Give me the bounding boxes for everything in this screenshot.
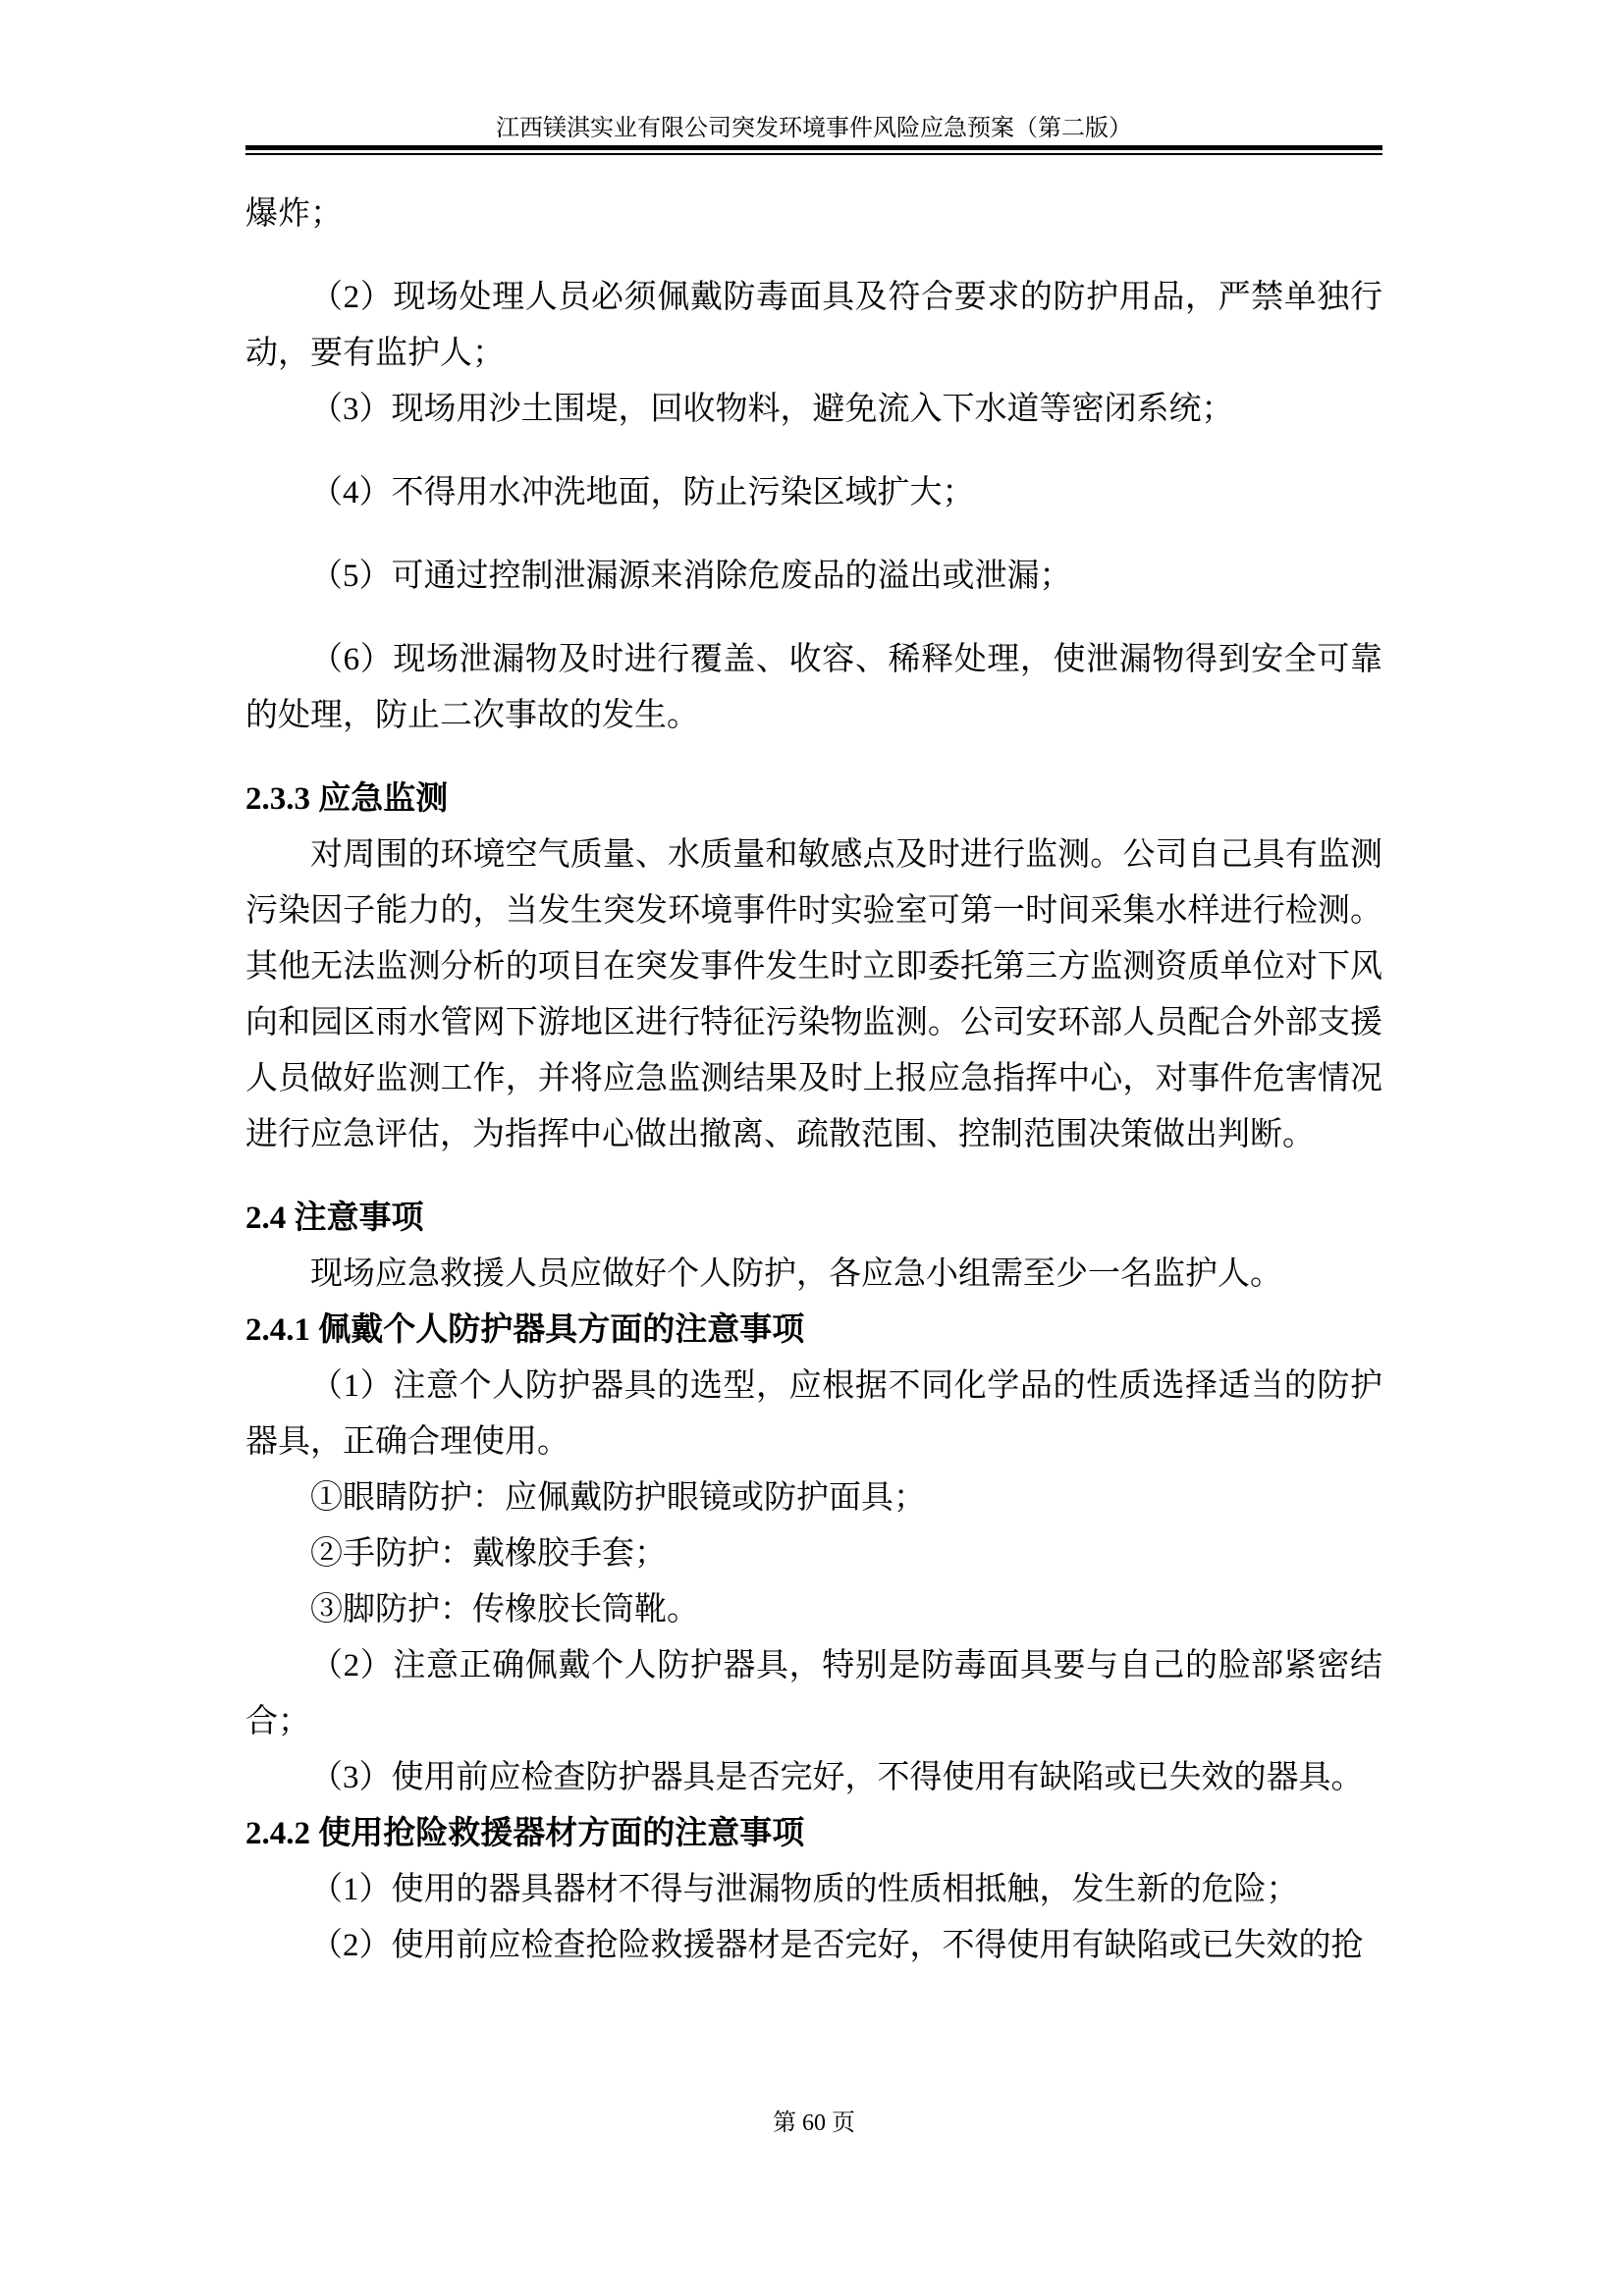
document-page: 江西镁淇实业有限公司突发环境事件风险应急预案（第二版） 爆炸； （2）现场处理人…: [0, 0, 1624, 2296]
page-number: 第 60 页: [245, 2109, 1382, 2138]
paragraph: （3）使用前应检查防护器具是否完好，不得使用有缺陷或已失效的器具。: [245, 1750, 1382, 1806]
paragraph: 现场应急救援人员应做好个人防护，各应急小组需至少一名监护人。: [245, 1247, 1382, 1303]
paragraph: （2）现场处理人员必须佩戴防毒面具及符合要求的防护用品，严禁单独行动，要有监护人…: [245, 270, 1382, 382]
paragraph: （5）可通过控制泄漏源来消除危废品的溢出或泄漏；: [245, 549, 1382, 605]
paragraph: （1）使用的器具器材不得与泄漏物质的性质相抵触，发生新的危险；: [245, 1862, 1382, 1918]
paragraph: （2）使用前应检查抢险救援器材是否完好，不得使用有缺陷或已失效的抢: [245, 1918, 1382, 1974]
section-heading: 2.4 注意事项: [245, 1191, 1382, 1247]
header-rule-thin: [245, 153, 1382, 155]
paragraph: 爆炸；: [245, 187, 1382, 242]
section-heading: 2.3.3 应急监测: [245, 772, 1382, 828]
paragraph: （2）注意正确佩戴个人防护器具，特别是防毒面具要与自己的脸部紧密结合；: [245, 1638, 1382, 1750]
section-heading: 2.4.2 使用抢险救援器材方面的注意事项: [245, 1806, 1382, 1862]
document-body: 爆炸； （2）现场处理人员必须佩戴防毒面具及符合要求的防护用品，严禁单独行动，要…: [245, 187, 1382, 1974]
paragraph: ②手防护：戴橡胶手套；: [245, 1526, 1382, 1582]
section-heading: 2.4.1 佩戴个人防护器具方面的注意事项: [245, 1303, 1382, 1359]
paragraph: （6）现场泄漏物及时进行覆盖、收容、稀释处理，使泄漏物得到安全可靠的处理，防止二…: [245, 632, 1382, 744]
paragraph: 对周围的环境空气质量、水质量和敏感点及时进行监测。公司自己具有监测污染因子能力的…: [245, 828, 1382, 1163]
paragraph: （3）现场用沙土围堤，回收物料，避免流入下水道等密闭系统；: [245, 382, 1382, 438]
page-header: 江西镁淇实业有限公司突发环境事件风险应急预案（第二版）: [245, 110, 1382, 147]
paragraph: ①眼睛防护：应佩戴防护眼镜或防护面具；: [245, 1470, 1382, 1526]
page-header-title: 江西镁淇实业有限公司突发环境事件风险应急预案（第二版）: [245, 110, 1382, 147]
header-rule-thick: [245, 145, 1382, 150]
paragraph: （1）注意个人防护器具的选型，应根据不同化学品的性质选择适当的防护器具，正确合理…: [245, 1359, 1382, 1470]
paragraph: （4）不得用水冲洗地面，防止污染区域扩大；: [245, 465, 1382, 521]
paragraph: ③脚防护：传橡胶长筒靴。: [245, 1582, 1382, 1638]
